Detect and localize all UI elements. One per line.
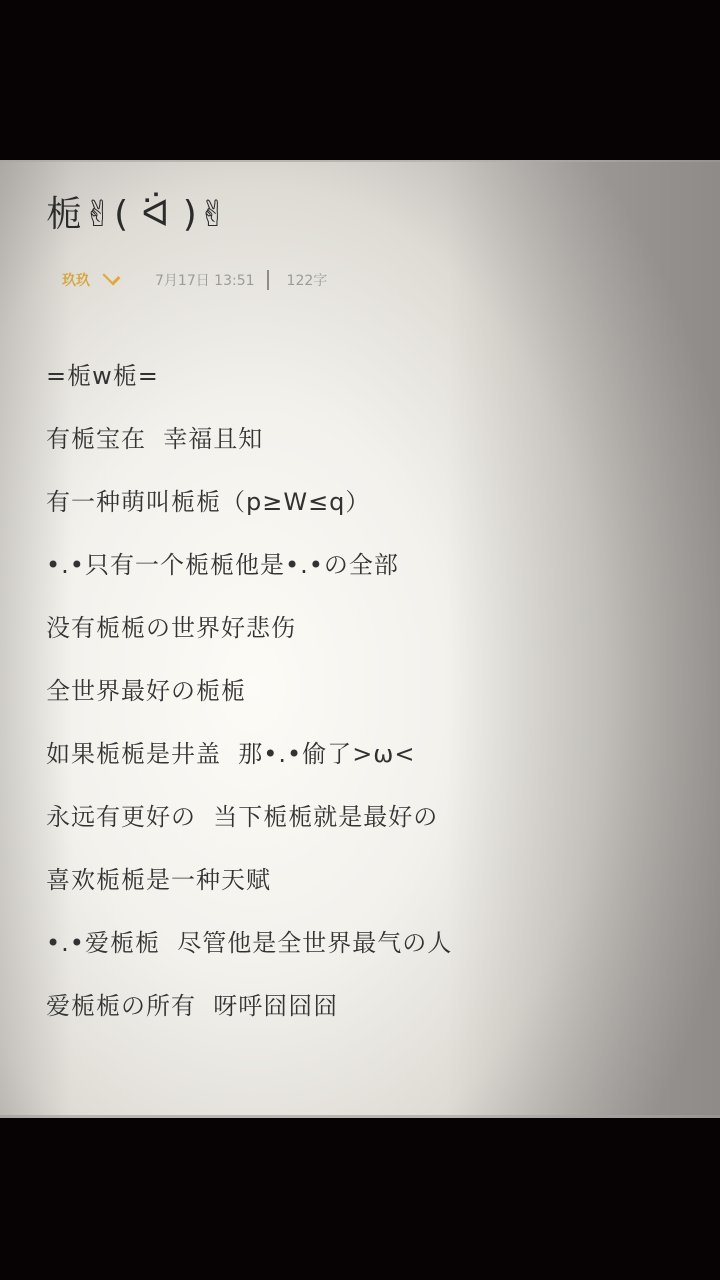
author-name[interactable]: 玖玖 <box>62 270 90 290</box>
divider <box>267 270 269 290</box>
body-line: •.•只有一个栀栀他是•.•の全部 <box>46 545 452 608</box>
body-line: 爱栀栀の所有 呀呼囧囧囧 <box>46 986 452 1049</box>
note-date: 7月17日 13:51 <box>155 270 255 290</box>
body-line: 全世界最好の栀栀 <box>46 671 452 734</box>
body-line: 如果栀栀是井盖 那•.•偷了>ω< <box>46 734 452 797</box>
body-line: 没有栀栀の世界好悲伤 <box>46 608 452 671</box>
note-body: =栀w栀= 有栀宝在 幸福且知 有一种萌叫栀栀（p≥W≤q） •.•只有一个栀栀… <box>46 356 452 1049</box>
letterbox-top <box>0 0 720 160</box>
note-title: 栀✌( ᐛ )✌ <box>46 186 229 237</box>
screen: 栀✌( ᐛ )✌ 玖玖 7月17日 13:51 122字 =栀w栀= 有栀宝在 … <box>0 0 720 1280</box>
letterbox-bottom <box>0 1118 720 1280</box>
body-line: •.•爱栀栀 尽管他是全世界最气の人 <box>46 923 452 986</box>
chevron-down-icon[interactable] <box>102 267 120 285</box>
note-page: 栀✌( ᐛ )✌ 玖玖 7月17日 13:51 122字 =栀w栀= 有栀宝在 … <box>0 160 720 1118</box>
body-line: =栀w栀= <box>46 356 452 419</box>
body-line: 有栀宝在 幸福且知 <box>46 419 452 482</box>
body-line: 喜欢栀栀是一种天赋 <box>46 860 452 923</box>
word-count: 122字 <box>287 270 328 290</box>
note-meta: 玖玖 7月17日 13:51 122字 <box>62 268 327 292</box>
body-line: 永远有更好の 当下栀栀就是最好の <box>46 797 452 860</box>
body-line: 有一种萌叫栀栀（p≥W≤q） <box>46 482 452 545</box>
